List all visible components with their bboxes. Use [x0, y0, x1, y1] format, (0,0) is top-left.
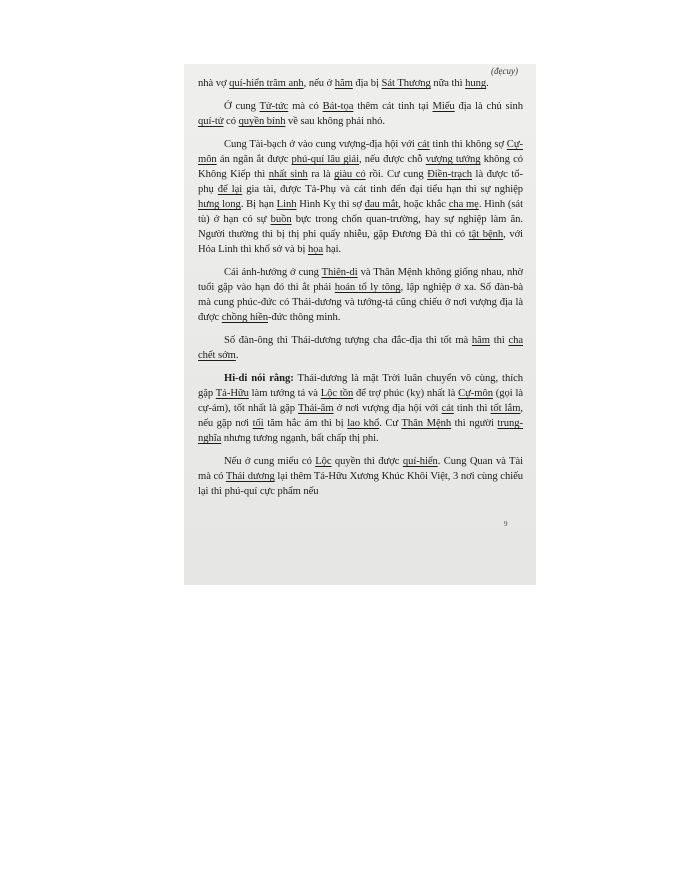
text-run: có: [223, 116, 238, 127]
text-run: Cái ảnh-hưởng ở cung: [224, 267, 322, 278]
text-run: , hoặc khắc: [398, 199, 448, 210]
underlined-term: Tử-tức: [259, 101, 288, 112]
page-text-body: nhà vợ quí-hiển trâm anh, nếu ở hãm địa …: [198, 76, 523, 499]
text-run: án ngăn ắt được: [217, 154, 292, 165]
underlined-term: cát: [442, 403, 454, 414]
underlined-term: Điền-trạch: [427, 169, 472, 180]
text-run: tinh thì: [454, 403, 491, 414]
underlined-term: Thái-âm: [298, 403, 334, 414]
text-run: -đức thông minh.: [268, 312, 340, 323]
text-run: , nếu được chỗ: [359, 154, 426, 165]
text-run: nhà vợ: [198, 78, 229, 89]
underlined-term: lao khổ: [347, 418, 379, 429]
text-run: ra là: [308, 169, 334, 180]
paragraph: Nếu ở cung miếu có Lộc quyền thì được qu…: [198, 454, 523, 499]
underlined-term: Linh: [277, 199, 297, 210]
paragraph: Hi-di nói rằng: Thái-dương là mặt Trời l…: [198, 371, 523, 446]
text-run: nữa thì: [431, 78, 465, 89]
underlined-term: giàu có: [334, 169, 366, 180]
underlined-term: Bát-tọa: [323, 101, 354, 112]
underlined-term: hưng long: [198, 199, 241, 210]
underlined-term: Miếu: [433, 101, 455, 112]
text-run: quyền thì được: [332, 456, 403, 467]
text-run: Ở cung: [224, 101, 259, 112]
text-run: mà có: [288, 101, 322, 112]
text-run: về sau không phải nhỏ.: [285, 116, 384, 127]
underlined-term: buồn: [271, 214, 292, 225]
text-run: thì người: [451, 418, 497, 429]
text-run: thêm cát tinh tại: [353, 101, 432, 112]
text-run: địa là chủ sinh: [455, 101, 523, 112]
text-run: .: [236, 350, 239, 361]
text-run: Nếu ở cung miếu có: [224, 456, 315, 467]
text-run: , nếu ở: [304, 78, 335, 89]
underlined-term: đau mắt: [365, 199, 399, 210]
underlined-term: quí-hiển: [403, 456, 438, 467]
underlined-term: Thân Mệnh: [401, 418, 451, 429]
underlined-term: phú-quí lâu giải: [292, 154, 359, 165]
text-run: làm tướng tá và: [249, 388, 321, 399]
underlined-term: nhất sinh: [269, 169, 308, 180]
underlined-term: quí-hiển trâm anh: [229, 78, 303, 89]
text-run: địa bị: [353, 78, 382, 89]
underlined-term: cát: [418, 139, 430, 150]
paragraph: Ở cung Tử-tức mà có Bát-tọa thêm cát tin…: [198, 99, 523, 129]
margin-mark: 9: [504, 520, 508, 528]
underlined-term: cha mẹ: [449, 199, 479, 210]
text-run: . Bị hạn: [241, 199, 277, 210]
underlined-term: Tả-Hữu: [216, 388, 249, 399]
text-run: tăm hắc ám thì bị: [264, 418, 348, 429]
underlined-term: tối: [253, 418, 264, 429]
paragraph: Số đàn-ông thì Thái-dương tượng cha đắc-…: [198, 333, 523, 363]
underlined-term: họa: [308, 244, 323, 255]
underlined-term: Sát Thương: [382, 78, 431, 89]
text-run: Số đàn-ông thì Thái-dương tượng cha đắc-…: [224, 335, 472, 346]
underlined-term: hung: [465, 78, 486, 89]
text-run: ở nơi vượng địa hội với: [334, 403, 442, 414]
paragraph: Cái ảnh-hưởng ở cung Thiên-di và Thân Mệ…: [198, 265, 523, 325]
underlined-term: Thiên-di: [322, 267, 358, 278]
handwritten-annotation: (đẹcuy): [491, 66, 518, 76]
underlined-term: quyền bính: [239, 116, 286, 127]
scanned-book-page: (đẹcuy) 9 nhà vợ quí-hiển trâm anh, nếu …: [184, 64, 536, 585]
underlined-term: để lại: [218, 184, 242, 195]
underlined-term: Thái dương: [226, 471, 275, 482]
underlined-term: hoán tổ ly tông: [335, 282, 401, 293]
underlined-term: quí-tử: [198, 116, 223, 127]
text-run: nhưng tương ngạnh, bất chấp thị phi.: [221, 433, 378, 444]
underlined-term: vượng tướng: [426, 154, 481, 165]
text-run: Cung Tài-bạch ở vào cung vượng-địa hội v…: [224, 139, 418, 150]
text-run: . Cư: [379, 418, 401, 429]
paragraph: nhà vợ quí-hiển trâm anh, nếu ở hãm địa …: [198, 76, 523, 91]
text-run: Hình Kỵ thì sợ: [296, 199, 364, 210]
paragraph: Cung Tài-bạch ở vào cung vượng-địa hội v…: [198, 137, 523, 257]
text-run: để trợ phúc (kỵ) nhất là: [353, 388, 458, 399]
underlined-term: chồng hiền: [222, 312, 268, 323]
underlined-term: hãm: [472, 335, 490, 346]
text-run: gia tài, được Tả-Phụ và cát tinh đến đại…: [242, 184, 523, 195]
underlined-term: Cự-môn: [458, 388, 493, 399]
text-run: .: [486, 78, 489, 89]
underlined-term: hãm: [335, 78, 353, 89]
underlined-term: tốt lắm: [490, 403, 520, 414]
text-run: hại.: [323, 244, 341, 255]
text-run: tinh thì không sợ: [430, 139, 507, 150]
underlined-term: tật bệnh: [469, 229, 503, 240]
bold-heading: Hi-di nói rằng:: [224, 373, 294, 384]
text-run: rồi. Cư cung: [366, 169, 428, 180]
underlined-term: Lộc: [315, 456, 331, 467]
underlined-term: Lộc tồn: [321, 388, 354, 399]
text-run: thì: [490, 335, 508, 346]
